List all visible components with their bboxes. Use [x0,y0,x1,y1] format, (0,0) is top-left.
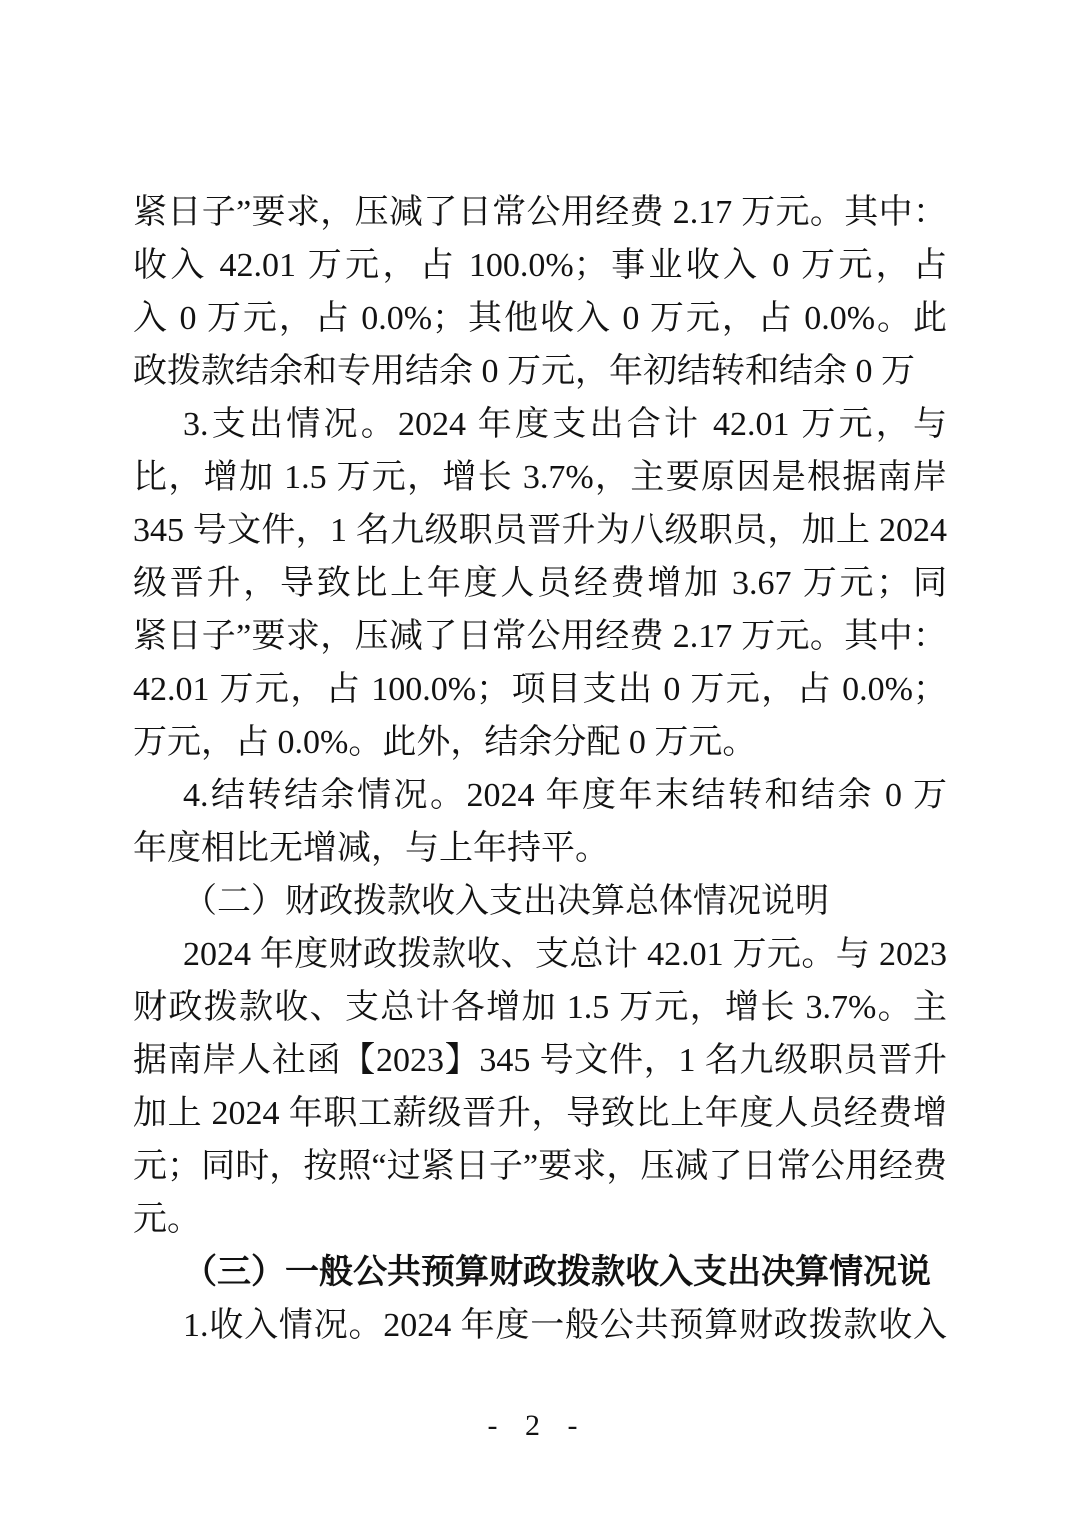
text-line: 财政拨款收、支总计各增加 1.5 万元，增长 3.7%。主要原因是根 [133,981,947,1034]
section-heading-3: （三）一般公共预算财政拨款收入支出决算情况说明 [133,1246,947,1299]
text-line: 元；同时，按照“过紧日子”要求，压减了日常公用经费 2.17 万 [133,1140,947,1193]
section-heading-2: （二）财政拨款收入支出决算总体情况说明 [133,875,947,928]
text-line: 级晋升，导致比上年度人员经费增加 3.67 万元；同时，按照“过 [133,557,947,610]
text-line: 年度相比无增减，与上年持平。 [133,822,947,875]
text-line: 3.支出情况。2024 年度支出合计 42.01 万元，与 2023 年度相 [133,398,947,451]
text-line: 收入 42.01 万元，占 100.0%；事业收入 0 万元，占 0.0%；经营… [133,239,947,292]
text-line: 政拨款结余和专用结余 0 万元，年初结转和结余 0 万元。 [133,345,947,398]
text-line: 紧日子”要求，压减了日常公用经费 2.17 万元。其中：财政拨款 [133,186,947,239]
text-line: 345 号文件，1 名九级职员晋升为八级职员，加上 2024 年职工薪 [133,504,947,557]
text-line: 42.01 万元，占 100.0%；项目支出 0 万元，占 0.0%；经营支出 … [133,663,947,716]
text-line: 万元，占 0.0%。此外，结余分配 0 万元。 [133,716,947,769]
text-line: 入 0 万元，占 0.0%；其他收入 0 万元，占 0.0%。此外，使用非财 [133,292,947,345]
text-line: 据南岸人社函【2023】345 号文件，1 名九级职员晋升为八级职员， [133,1034,947,1087]
page-content: 紧日子”要求，压减了日常公用经费 2.17 万元。其中：财政拨款 收入 42.0… [133,186,947,1352]
text-line: 加上 2024 年职工薪级晋升，导致比上年度人员经费增加 3.67 万 [133,1087,947,1140]
page-number: - 2 - [0,1399,1075,1452]
text-line: 1.收入情况。2024 年度一般公共预算财政拨款收入 42.01 万 [133,1299,947,1352]
text-line: 4.结转结余情况。2024 年度年末结转和结余 0 万元，与 2023 [133,769,947,822]
text-line: 元。 [133,1193,947,1246]
text-line: 紧日子”要求，压减了日常公用经费 2.17 万元。其中：基本支出 [133,610,947,663]
document-page: 紧日子”要求，压减了日常公用经费 2.17 万元。其中：财政拨款 收入 42.0… [0,0,1075,1520]
text-line: 2024 年度财政拨款收、支总计 42.01 万元。与 2023 年相比， [133,928,947,981]
text-line: 比，增加 1.5 万元，增长 3.7%，主要原因是根据南岸人社函【2023】 [133,451,947,504]
